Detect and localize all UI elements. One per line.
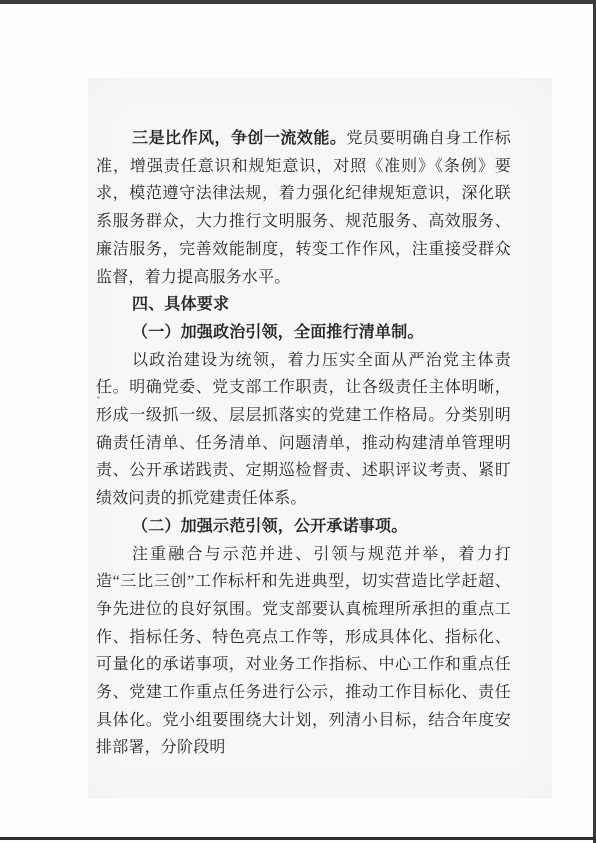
heading-item-two-demonstration-guidance: （二）加强示范引领，公开承诺事项。 <box>96 513 511 541</box>
paragraph-work-style-text: 党员要明确自身工作标准，增强责任意识和规矩意识，对照《准则》《条例》要求，模范遵… <box>96 130 511 286</box>
scan-edge-bottom <box>0 837 596 840</box>
paragraph-demonstration-guidance-body: 注重融合与示范并进、引领与规范并举，着力打造“三比三创”工作标杆和先进典型，切实… <box>96 541 511 763</box>
heading-item-one-political-guidance: （一）加强政治引领，全面推行清单制。 <box>96 319 511 347</box>
paragraph-work-style-lead: 三是比作风，争创一流效能。 <box>132 130 346 147</box>
scanned-document-page: 三是比作风，争创一流效能。党员要明确自身工作标准，增强责任意识和规矩意识，对照《… <box>0 0 596 843</box>
scan-edge-top <box>0 0 596 4</box>
heading-section-four-specific-requirements: 四、具体要求 <box>96 291 511 319</box>
document-text-block: 三是比作风，争创一流效能。党员要明确自身工作标准，增强责任意识和规矩意识，对照《… <box>96 125 511 762</box>
paragraph-political-guidance-body: 以政治建设为统领，着力压实全面从严治党主体责任。明确党委、党支部工作职责，让各级… <box>96 347 511 513</box>
paragraph-work-style: 三是比作风，争创一流效能。党员要明确自身工作标准，增强责任意识和规矩意识，对照《… <box>96 125 511 291</box>
